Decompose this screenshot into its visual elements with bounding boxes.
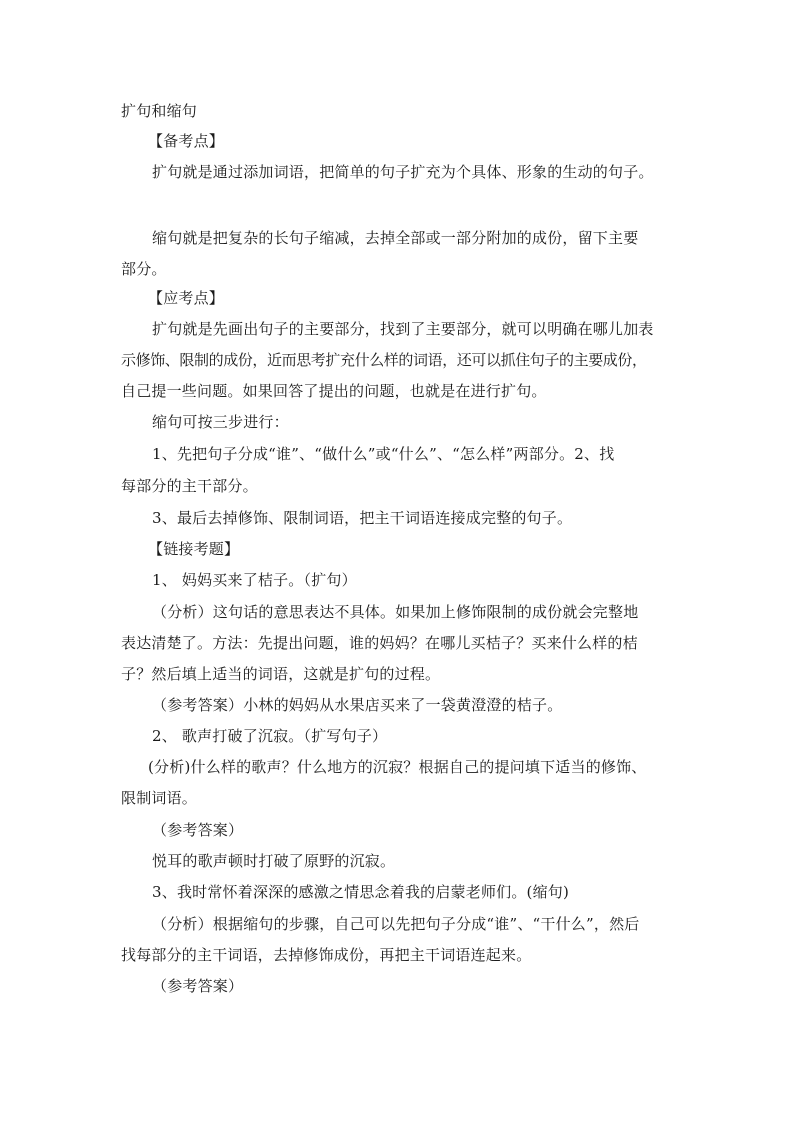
question-1-prompt: 1、 妈妈买来了桔子。（扩句） <box>152 570 673 590</box>
question-3-analysis-line2: 找每部分的主干词语，去掉修饰成份，再把主干词语连起来。 <box>121 945 673 965</box>
paragraph-expansion-definition: 扩句就是通过添加词语，把简单的句子扩充为个具体、形象的生动的句子。 <box>152 162 673 182</box>
question-2-answer: 悦耳的歌声顿时打破了原野的沉寂。 <box>152 851 673 871</box>
question-2-answer-label: （参考答案） <box>152 820 673 840</box>
section-heading-linked-questions: 【链接考题】 <box>148 539 700 559</box>
question-2-prompt: 2、 歌声打破了沉寂。（扩写句子） <box>152 726 673 746</box>
question-3-prompt: 3、我时常怀着深深的感激之情思念着我的启蒙老师们。(缩句) <box>152 882 673 902</box>
question-1-analysis-line1: （分析）这句话的意思表达不具体。如果加上修饰限制的成份就会完整地 <box>152 602 673 622</box>
section-heading-prep-points: 【备考点】 <box>148 131 700 151</box>
question-2-analysis-line1: (分析)什么样的歌声？什么地方的沉寂？根据自己的提问填下适当的修饰、 <box>148 757 669 777</box>
question-1-analysis-line2: 表达清楚了。方法：先提出问题，谁的妈妈？在哪儿买桔子？买来什么样的桔 <box>121 633 673 653</box>
paragraph-expansion-method-line3: 自己提一些问题。如果回答了提出的问题，也就是在进行扩句。 <box>121 381 673 401</box>
paragraph-contraction-definition-line2: 部分。 <box>121 259 673 279</box>
question-3-answer-label: （参考答案） <box>152 976 673 996</box>
document-title: 扩句和缩句 <box>121 101 673 121</box>
question-2-analysis-line2: 限制词语。 <box>121 788 673 808</box>
question-1-analysis-line3: 子？然后填上适当的词语，这就是扩句的过程。 <box>121 664 673 684</box>
step-1-line2: 每部分的主干部分。 <box>121 476 673 496</box>
step-3: 3、最后去掉修饰、限制词语，把主干词语连接成完整的句子。 <box>152 508 673 528</box>
document-page: 扩句和缩句 【备考点】 扩句就是通过添加词语，把简单的句子扩充为个具体、形象的生… <box>0 0 793 1122</box>
step-1-line1: 1、先把句子分成“谁”、“做什么”或“什么”、“怎么样”两部分。2、找 <box>152 444 673 464</box>
paragraph-expansion-method-line2: 示修饰、限制的成份，近而思考扩充什么样的词语，还可以抓住句子的主要成份， <box>121 350 673 370</box>
question-3-analysis-line1: （分析）根据缩句的步骤，自己可以先把句子分成“谁”、“干什么”，然后 <box>152 914 673 934</box>
paragraph-contraction-definition-line1: 缩句就是把复杂的长句子缩减，去掉全部或一部分附加的成份，留下主要 <box>152 228 673 248</box>
paragraph-expansion-method-line1: 扩句就是先画出句子的主要部分，找到了主要部分，就可以明确在哪儿加表 <box>152 319 673 339</box>
section-heading-exam-points: 【应考点】 <box>148 288 700 308</box>
question-1-answer: （参考答案）小林的妈妈从水果店买来了一袋黄澄澄的桔子。 <box>152 695 673 715</box>
paragraph-contraction-steps-intro: 缩句可按三步进行： <box>152 412 673 432</box>
